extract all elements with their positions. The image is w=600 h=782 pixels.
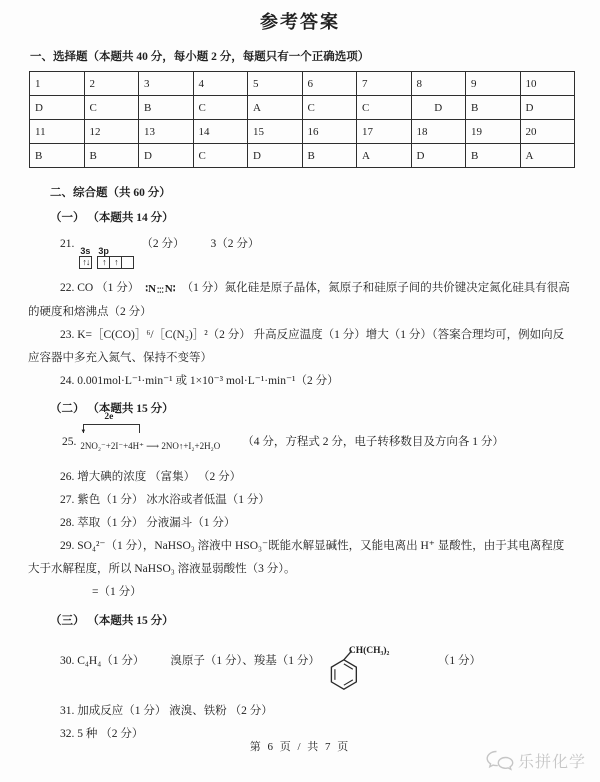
answer-cell: C: [193, 96, 248, 120]
answer-cell: 12: [84, 120, 139, 144]
edot-left: ∶N: [145, 278, 156, 301]
watermark-text: 乐拼化学: [518, 749, 586, 772]
answer-cell: 18: [411, 120, 466, 144]
table-row: 11121314151617181920: [30, 120, 575, 144]
answer-cell: D: [411, 144, 466, 168]
orbital-3p-box-3: [121, 256, 134, 269]
answer-cell: 3: [139, 72, 194, 96]
q25-score: （4 分，方程式 2 分，电子转移数目及方向各 1 分）: [242, 436, 504, 448]
answer-line-23: 23. K=［C(CO)］⁶/［C(N₂)］²（2 分） 升高反应温度（1 分）…: [28, 324, 574, 370]
watermark: 乐拼化学: [486, 749, 586, 772]
q30-mid: 溴原子（1 分）、羧基（1 分）: [170, 655, 320, 667]
answer-cell: A: [520, 144, 575, 168]
answer-cell: D: [520, 96, 575, 120]
answer-cell: A: [248, 96, 303, 120]
part1-heading: （一） （本题共 14 分）: [50, 209, 572, 225]
q30-lead: 30. C₄H₄（1 分）: [60, 655, 144, 667]
answer-cell: 19: [466, 120, 521, 144]
answer-cell: B: [466, 144, 521, 168]
answer-line-27: 27. 紫色（1 分） 冰水浴或者低温（1 分）: [28, 489, 574, 512]
answer-cell: 11: [30, 120, 85, 144]
answer-line-30: 30. C₄H₄（1 分）溴原子（1 分）、羧基（1 分）CH(CH₃)₂（1 …: [28, 640, 574, 694]
answer-line-25: 25.2e▼2NO₂⁻+2I⁻+4H⁺ ⟶ 2NO↑+I₂+2H₂O（4 分，方…: [28, 418, 574, 458]
section-comprehensive-heading: 二、综合题（共 60 分）: [50, 184, 572, 200]
answer-cell: 20: [520, 120, 575, 144]
benzene-ring-drawing: [328, 647, 362, 693]
chat-bubbles-icon: [486, 750, 514, 772]
answer-cell: C: [193, 144, 248, 168]
orbital-3s-group: 3s↑↓: [79, 246, 92, 269]
answer-cell: 8: [411, 72, 466, 96]
edot-bond-dots: ∙∙∙∙∙∙: [157, 286, 164, 294]
table-row: 12345678910: [30, 72, 575, 96]
answer-table: 12345678910DCBCACCDBD1112131415161718192…: [29, 71, 575, 168]
edot-right: N∶: [165, 278, 176, 301]
answer-line-22: 22. CO （1 分）∶N∙∙∙∙∙∙N∶（1 分）氮化硅是原子晶体，氮原子和…: [28, 277, 574, 324]
q21-score: （2 分）: [141, 238, 184, 250]
answer-cell: 6: [302, 72, 357, 96]
electron-transfer-arrowhead: ▼: [80, 429, 86, 435]
answer-sheet-page: 参考答案 一、选择题（本题共 40 分，每小题 2 分，每题只有一个正确选项） …: [0, 0, 600, 782]
answer-cell: C: [84, 96, 139, 120]
orbital-3s-label: 3s: [80, 246, 90, 256]
answer-cell: 1: [30, 72, 85, 96]
electron-transfer-bracket: [83, 424, 140, 433]
answer-line-28: 28. 萃取（1 分） 分液漏斗（1 分）: [28, 512, 574, 535]
q21-number: 21.: [60, 238, 74, 250]
orbital-3p-group: 3p↑↑: [97, 246, 134, 269]
answer-cell: 5: [248, 72, 303, 96]
answer-line-24: 24. 0.001mol·L⁻¹·min⁻¹ 或 1×10⁻³ mol·L⁻¹·…: [28, 370, 574, 393]
answer-cell: 14: [193, 120, 248, 144]
answer-cell: D: [30, 96, 85, 120]
answer-line-31: 31. 加成反应（1 分） 液溴、铁粉 （2 分）: [28, 700, 574, 723]
answer-cell: 15: [248, 120, 303, 144]
answer-cell: B: [30, 144, 85, 168]
equation-right: +I₂+2H₂O: [183, 441, 220, 451]
answer-line-29: 29. SO₄²⁻（1 分），NaHSO₃ 溶液中 HSO₃⁻既能水解显碱性，又…: [28, 535, 574, 581]
answer-cell: 2: [84, 72, 139, 96]
table-row: DCBCACCDBD: [30, 96, 575, 120]
answer-cell: B: [84, 144, 139, 168]
part2-heading: （二） （本题共 15 分）: [50, 400, 572, 416]
answer-cell: B: [302, 144, 357, 168]
answer-cell: 17: [357, 120, 412, 144]
answer-cell: 16: [302, 120, 357, 144]
answer-cell: C: [302, 96, 357, 120]
answer-cell: D: [411, 96, 466, 120]
answer-cell: B: [466, 96, 521, 120]
answer-cell: D: [139, 144, 194, 168]
electron-transfer-label: 2e: [102, 412, 115, 422]
answer-cell: D: [248, 144, 303, 168]
page-title: 参考答案: [0, 0, 600, 34]
section-choice-heading: 一、选择题（本题共 40 分，每小题 2 分，每题只有一个正确选项）: [30, 48, 572, 64]
answer-cell: A: [357, 144, 412, 168]
orbital-3s-box: ↑↓: [79, 256, 92, 269]
answer-line-26: 26. 增大碘的浓度 （富集） （2 分）: [28, 466, 574, 489]
part3-heading: （三） （本题共 15 分）: [50, 612, 572, 628]
answer-table-body: 12345678910DCBCACCDBD1112131415161718192…: [30, 72, 575, 168]
answer-cell: B: [139, 96, 194, 120]
benzene-structure: CH(CH₃)₂: [322, 640, 410, 694]
answer-line-21: 21.3s↑↓3p↑↑（2 分）3（2 分）: [28, 233, 574, 269]
answer-cell: 9: [466, 72, 521, 96]
table-row: BBDCDBADBA: [30, 144, 575, 168]
electron-transfer-equation: 2e▼2NO₂⁻+2I⁻+4H⁺ ⟶ 2NO↑+I₂+2H₂O: [80, 418, 220, 458]
answer-cell: 7: [357, 72, 412, 96]
orbital-diagram: 3s↑↓3p↑↑: [79, 246, 134, 269]
answer-cell: C: [357, 96, 412, 120]
q30-score: （1 分）: [438, 655, 481, 667]
q25-number: 25.: [62, 436, 76, 448]
answer-cell: 10: [520, 72, 575, 96]
nitrogen-electron-dot-formula: ∶N∙∙∙∙∙∙N∶: [145, 278, 175, 301]
answer-line-29b: =（1 分）: [28, 581, 574, 604]
orbital-3p-label: 3p: [98, 246, 109, 256]
q22-lead: 22. CO （1 分）: [60, 282, 139, 294]
answer-cell: 13: [139, 120, 194, 144]
q21-answer-2: 3（2 分）: [211, 238, 260, 250]
equation-left: 2NO₂⁻+2I⁻+4H⁺ ⟶ 2NO: [80, 441, 178, 451]
answer-cell: 4: [193, 72, 248, 96]
